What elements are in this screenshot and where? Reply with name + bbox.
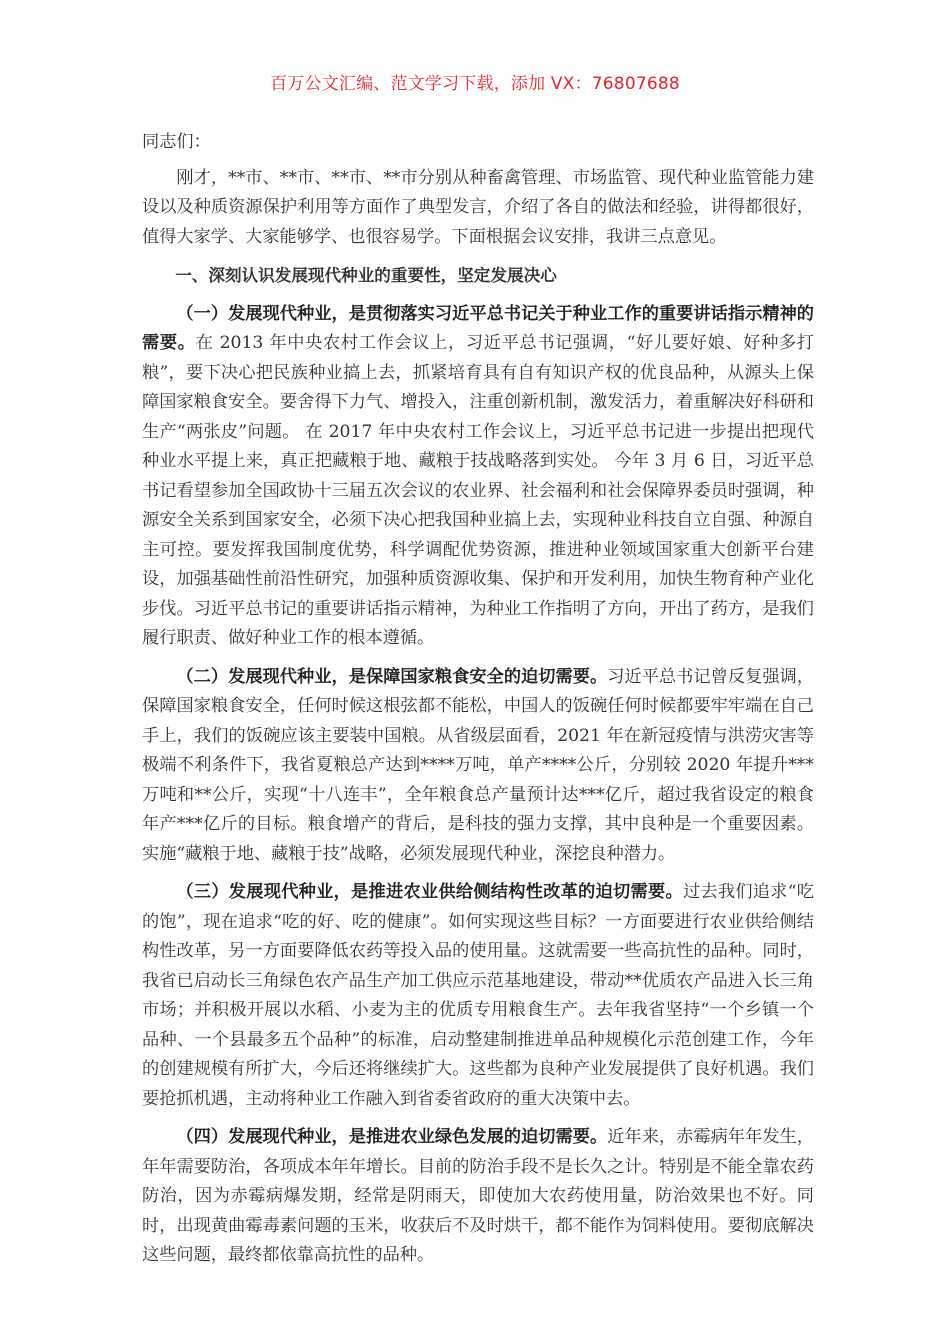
subsection-lead: （三）发展现代种业，是推进农业供给侧结构性改革的迫切需要。 (176, 882, 683, 902)
intro-paragraph: 刚才，**市、**市、**市、**市分别从种畜禽管理、市场监管、现代种业监管能力… (142, 164, 814, 253)
subsection-3: （三）发展现代种业，是推进农业供给侧结构性改革的迫切需要。过去我们追求“吃的饱”… (142, 878, 814, 1114)
document-body: 同志们： 刚才，**市、**市、**市、**市分别从种畜禽管理、市场监管、现代种… (142, 128, 814, 1280)
subsection-2: （二）发展现代种业，是保障国家粮食安全的迫切需要。习近平总书记曾反复强调，保障国… (142, 663, 814, 870)
subsection-lead: （二）发展现代种业，是保障国家粮食安全的迫切需要。 (176, 667, 607, 687)
subsection-body: 在 2013 年中央农村工作会议上，习近平总书记强调，“好儿要好娘、好种多打粮”… (142, 333, 814, 648)
subsection-body: 近年来，赤霉病年年发生，年年需要防治，各项成本年年增长。目前的防治手段不是长久之… (142, 1127, 814, 1265)
salutation: 同志们： (142, 128, 814, 158)
subsection-body: 过去我们追求“吃的饱”，现在追求“吃的好、吃的健康”。如何实现这些目标？一方面要… (142, 882, 814, 1109)
promo-banner: 百万公文汇编、范文学习下载，添加 VX：76807688 (0, 69, 950, 94)
subsection-lead: （四）发展现代种业，是推进农业绿色发展的迫切需要。 (176, 1127, 607, 1147)
subsection-body: 习近平总书记曾反复强调，保障国家粮食安全，任何时候这根弦都不能松，中国人的饭碗任… (142, 667, 814, 864)
subsection-1: （一）发展现代种业，是贯彻落实习近平总书记关于种业工作的重要讲话指示精神的需要。… (142, 300, 814, 654)
document-page: 百万公文汇编、范文学习下载，添加 VX：76807688 同志们： 刚才，**市… (0, 0, 950, 1344)
section-heading: 一、深刻认识发展现代种业的重要性，坚定发展决心 (142, 261, 814, 291)
subsection-4: （四）发展现代种业，是推进农业绿色发展的迫切需要。近年来，赤霉病年年发生，年年需… (142, 1123, 814, 1271)
